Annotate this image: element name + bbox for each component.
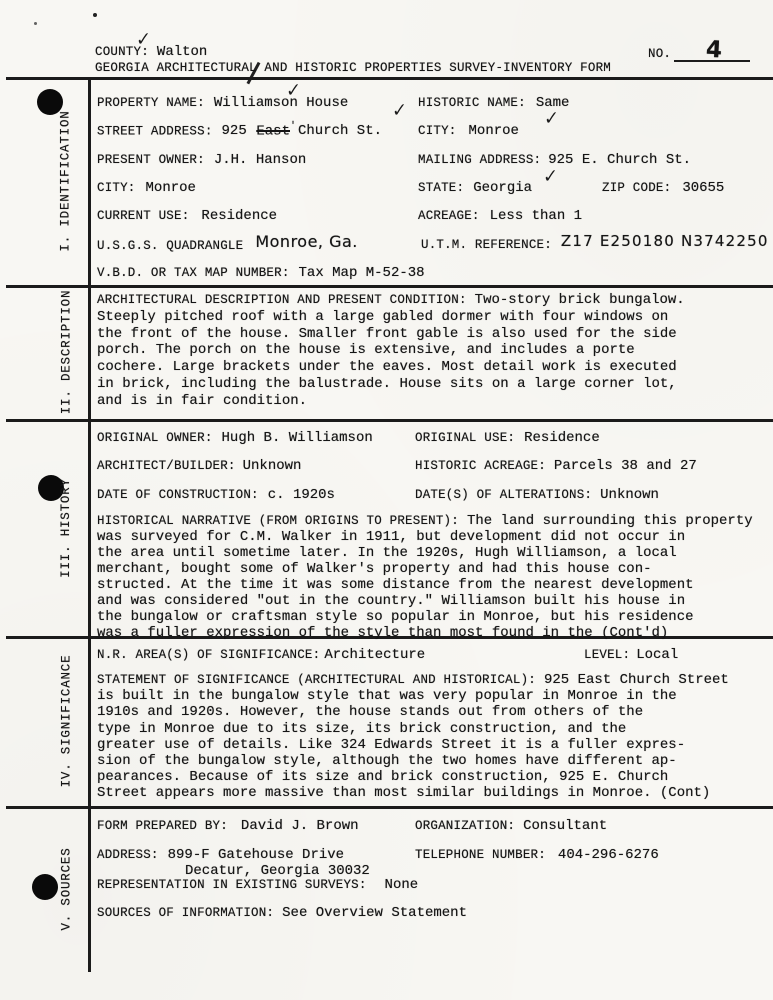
section-divider [6,419,773,422]
field-value: Tax Map M-52-38 [299,265,425,281]
field-label: ORIGINAL OWNER: [97,431,213,445]
field-value: Less than 1 [490,208,582,224]
field-state: STATE:Georgia [418,178,532,196]
field-value: Unknown [243,458,302,474]
form-number-label: NO. [648,47,671,61]
field-telephone: TELEPHONE NUMBER:404-296-6276 [415,845,659,863]
field-value: See Overview Statement [282,905,467,921]
architectural-description-paragraph: ARCHITECTURAL DESCRIPTION AND PRESENT CO… [97,292,769,410]
checkmark-city: ✓ [544,107,559,130]
field-label: LEVEL: [584,648,630,662]
historical-narrative-paragraph: HISTORICAL NARRATIVE (FROM ORIGINS TO PR… [97,513,769,641]
field-form-prepared-by: FORM PREPARED BY:David J. Brown ORGANIZA… [97,816,359,834]
statement-of-significance-paragraph: STATEMENT OF SIGNIFICANCE (ARCHITECTURAL… [97,672,769,802]
field-label: V.B.D. OR TAX MAP NUMBER: [97,266,290,280]
paragraph-text: 925 East Church Street is built in the b… [97,672,729,801]
field-value: None [385,877,419,893]
field-value: Residence [524,430,600,446]
field-value: David J. Brown [241,818,359,834]
checkmark-street-address: ✓ [392,99,407,122]
county-value: Walton [157,44,207,60]
form-title: GEORGIA ARCHITECTURAL AND HISTORIC PROPE… [95,61,611,75]
checkmark-county: ✓ [136,28,151,51]
field-tax-map: V.B.D. OR TAX MAP NUMBER:Tax Map M-52-38 [97,263,425,281]
scanned-survey-form: { "header": { "county_label": "COUNTY:",… [0,0,773,1000]
field-label: REPRESENTATION IN EXISTING SURVEYS: [97,878,367,892]
paragraph-text: Two-story brick bungalow. Steeply pitche… [97,292,685,409]
field-original-use: ORIGINAL USE:Residence [415,428,600,446]
field-value: 404-296-6276 [558,847,659,863]
field-street-address: STREET ADDRESS:925 EastʹChurch St. CITY:… [97,121,382,139]
checkmark-property-name: ✓ [286,79,301,102]
checkmark-state: ✓ [543,165,558,188]
field-date-of-construction: DATE OF CONSTRUCTION:c. 1920s DATE(S) OF… [97,485,335,503]
field-label: ARCHITECTURAL DESCRIPTION AND PRESENT CO… [97,293,467,307]
form-number-value: 4 [705,37,722,64]
field-value: 30655 [682,180,724,196]
sidebar-section-history: III. HISTORY [44,419,88,636]
field-property-name: PROPERTY NAME:Williamson House HISTORIC … [97,93,348,111]
sidebar-section-sources: V. SOURCES [44,806,88,972]
field-value: Consultant [523,818,607,834]
sidebar-section-identification: I. IDENTIFICATION [44,77,88,285]
section-divider [6,806,773,809]
field-label: STATEMENT OF SIGNIFICANCE (ARCHITECTURAL… [97,673,536,687]
field-label: DATE(S) OF ALTERATIONS: [415,488,592,502]
field-label: DATE OF CONSTRUCTION: [97,488,259,502]
field-label: HISTORIC ACREAGE: [415,459,546,473]
field-city-left: CITY:Monroe STATE:Georgia ZIP CODE:30655 [97,178,196,196]
field-value-struck: East [256,123,290,139]
field-alterations: DATE(S) OF ALTERATIONS:Unknown [415,485,659,503]
field-value: Williamson House [214,95,348,111]
field-label: MAILING ADDRESS: [418,153,541,167]
field-organization: ORGANIZATION:Consultant [415,816,607,834]
field-label: SOURCES OF INFORMATION: [97,906,274,920]
field-label: N.R. AREA(S) OF SIGNIFICANCE: [97,648,320,662]
field-value: Unknown [600,487,659,503]
field-level: LEVEL:Local [584,645,678,663]
field-label: CITY: [418,124,457,138]
sidebar-label: V. SOURCES [59,847,73,930]
field-sources-of-information: SOURCES OF INFORMATION:See Overview Stat… [97,903,467,921]
field-architect-builder: ARCHITECT/BUILDER:Unknown HISTORIC ACREA… [97,456,301,474]
field-label: STATE: [418,181,464,195]
field-city-right: CITY:Monroe [418,121,519,139]
field-value-handwritten: Z17 E250180 N3742250 [561,232,769,250]
sidebar-separator-line [88,77,91,972]
sidebar-label: IV. SIGNIFICANCE [59,655,73,788]
field-present-owner: PRESENT OWNER:J.H. Hanson MAILING ADDRES… [97,150,306,168]
field-label: ZIP CODE: [602,181,671,195]
field-label: ADDRESS: [97,848,159,862]
field-label: FORM PREPARED BY: [97,819,228,833]
field-utm: U.T.M. REFERENCE:Z17 E250180 N3742250 [421,234,769,253]
field-value: Local [636,647,678,663]
field-label: CITY: [97,181,136,195]
field-value: Residence [201,208,277,224]
field-current-use: CURRENT USE:Residence ACREAGE:Less than … [97,206,277,224]
field-value: Georgia [473,180,532,196]
field-label: CURRENT USE: [97,209,189,223]
field-value: Parcels 38 and 27 [554,458,697,474]
field-label: ACREAGE: [418,209,480,223]
field-historic-acreage: HISTORIC ACREAGE:Parcels 38 and 27 [415,456,697,474]
field-nr-area: N.R. AREA(S) OF SIGNIFICANCE:Architectur… [97,645,425,663]
field-value: Monroe [146,180,196,196]
sidebar-label: II. DESCRIPTION [59,290,73,415]
field-value: Monroe [469,123,519,139]
scan-speck [34,22,37,25]
field-value-handwritten: Monroe, Ga. [255,232,358,251]
field-label: PROPERTY NAME: [97,96,205,110]
field-value-rest: Church St. [298,123,382,139]
field-representation: REPRESENTATION IN EXISTING SURVEYS:None [97,875,418,893]
field-label: STREET ADDRESS: [97,124,213,138]
field-label: HISTORICAL NARRATIVE (FROM ORIGINS TO PR… [97,514,459,528]
field-label: U.S.G.S. QUADRANGLE [97,239,243,253]
field-label: ORIGINAL USE: [415,431,515,445]
field-value: c. 1920s [268,487,335,503]
field-label: ORGANIZATION: [415,819,515,833]
county-row: COUNTY:Walton [95,42,207,60]
field-value: 925 E. Church St. [548,152,691,168]
field-value-prefix: 925 [222,123,247,139]
sidebar-label: III. HISTORY [59,478,73,578]
field-quadrangle: U.S.G.S. QUADRANGLEMonroe, Ga. U.T.M. RE… [97,234,358,254]
field-label: ARCHITECT/BUILDER: [97,459,236,473]
field-label: TELEPHONE NUMBER: [415,848,546,862]
section-divider [6,77,773,80]
strike-pen-mark: ʹ [290,121,296,132]
sidebar-section-significance: IV. SIGNIFICANCE [44,636,88,806]
field-label: PRESENT OWNER: [97,153,205,167]
sidebar-label: I. IDENTIFICATION [59,110,73,251]
field-value: Architecture [324,647,425,663]
field-label: HISTORIC NAME: [418,96,526,110]
scan-speck [93,13,97,17]
sidebar-section-description: II. DESCRIPTION [44,285,88,419]
field-zip: ZIP CODE:30655 [602,178,724,196]
section-divider [6,285,773,288]
field-value: J.H. Hanson [214,152,306,168]
field-acreage: ACREAGE:Less than 1 [418,206,582,224]
paper-background: COUNTY:Walton ✓ NO. 4 GEORGIA ARCHITECTU… [0,0,773,1000]
field-value: Hugh B. Williamson [222,430,373,446]
paragraph-text: The land surrounding this property was s… [97,513,753,641]
field-original-owner: ORIGINAL OWNER:Hugh B. Williamson ORIGIN… [97,428,373,446]
field-label: U.T.M. REFERENCE: [421,238,552,252]
